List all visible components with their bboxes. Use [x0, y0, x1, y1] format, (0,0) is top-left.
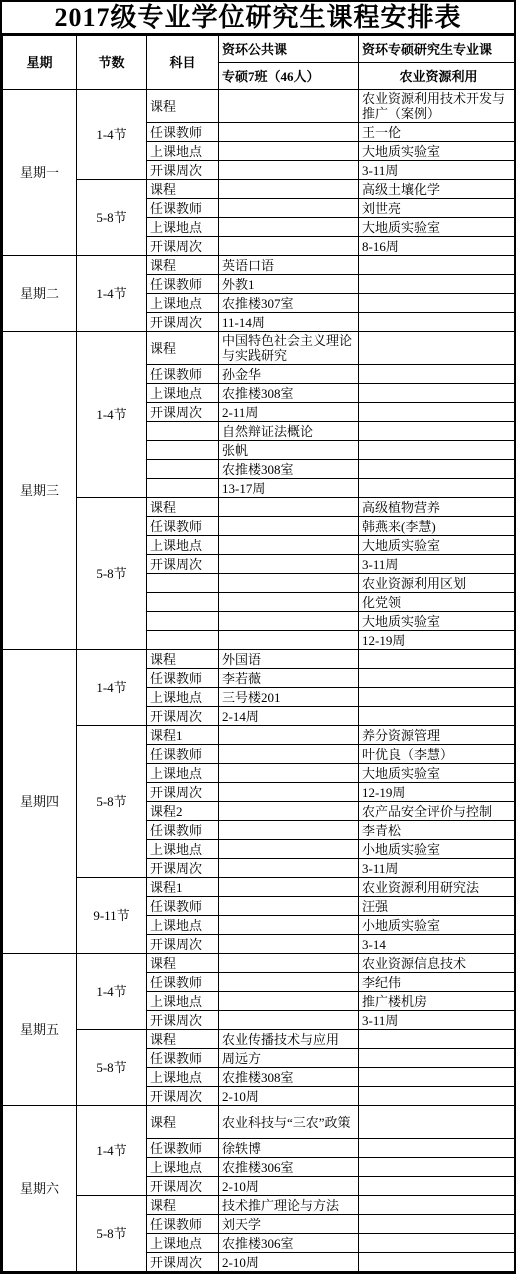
major-course-cell — [359, 1106, 516, 1139]
public-course-cell — [219, 821, 359, 840]
major-course-cell — [359, 1215, 516, 1234]
subject-label-cell: 开课周次 — [147, 555, 219, 574]
public-course-cell — [219, 1011, 359, 1030]
public-course-cell — [219, 237, 359, 256]
subject-label-cell: 上课地点 — [147, 142, 219, 161]
major-course-cell: 推广楼机房 — [359, 992, 516, 1011]
major-course-cell: 高级植物营养 — [359, 498, 516, 517]
subject-label-cell: 任课教师 — [147, 1215, 219, 1234]
subject-label-cell: 开课周次 — [147, 403, 219, 422]
table-header: 星期 节数 科目 资环公共课 资环专硕研究生专业课 专硕7班（46人） 农业资源… — [3, 36, 516, 90]
major-course-cell — [359, 1139, 516, 1158]
subject-label-cell: 课程 — [147, 180, 219, 199]
major-course-cell — [359, 384, 516, 403]
subject-label-cell: 课程1 — [147, 726, 219, 745]
public-course-cell: 2-11周 — [219, 403, 359, 422]
public-course-cell — [219, 973, 359, 992]
subject-label-cell: 任课教师 — [147, 897, 219, 916]
major-course-cell: 小地质实验室 — [359, 840, 516, 859]
public-course-cell — [219, 783, 359, 802]
subject-label-cell: 开课周次 — [147, 1253, 219, 1272]
page-title: 2017级专业学位研究生课程安排表 — [2, 2, 514, 35]
major-course-cell: 3-11周 — [359, 859, 516, 878]
public-course-cell: 徐轶博 — [219, 1139, 359, 1158]
major-course-cell — [359, 256, 516, 275]
table-row: 5-8节课程高级植物营养 — [3, 498, 516, 517]
major-course-cell: 12-19周 — [359, 783, 516, 802]
major-course-cell — [359, 688, 516, 707]
major-course-cell — [359, 1177, 516, 1196]
subject-label-cell — [147, 574, 219, 593]
table-row: 星期一1-4节课程农业资源利用技术开发与推广（案例） — [3, 90, 516, 123]
major-course-cell: 养分资源管理 — [359, 726, 516, 745]
public-course-cell: 11-14周 — [219, 313, 359, 332]
subject-label-cell: 课程 — [147, 650, 219, 669]
subject-label-cell: 任课教师 — [147, 745, 219, 764]
period-cell: 1-4节 — [77, 954, 147, 1030]
subject-label-cell: 上课地点 — [147, 992, 219, 1011]
subject-label-cell: 上课地点 — [147, 218, 219, 237]
public-course-cell: 技术推广理论与方法 — [219, 1196, 359, 1215]
public-course-cell — [219, 954, 359, 973]
major-course-cell — [359, 1234, 516, 1253]
subject-label-cell: 开课周次 — [147, 313, 219, 332]
major-course-cell — [359, 669, 516, 688]
header-public-class: 专硕7班（46人） — [219, 63, 359, 90]
major-course-cell: 化党领 — [359, 593, 516, 612]
subject-label-cell: 上课地点 — [147, 1068, 219, 1087]
public-course-cell — [219, 180, 359, 199]
subject-label-cell: 上课地点 — [147, 294, 219, 313]
period-cell: 5-8节 — [77, 1030, 147, 1106]
subject-label-cell — [147, 612, 219, 631]
major-course-cell — [359, 403, 516, 422]
public-course-cell — [219, 897, 359, 916]
subject-label-cell: 开课周次 — [147, 783, 219, 802]
major-course-cell: 大地质实验室 — [359, 764, 516, 783]
subject-label-cell: 上课地点 — [147, 1234, 219, 1253]
public-course-cell: 孙金华 — [219, 365, 359, 384]
major-course-cell: 12-19周 — [359, 631, 516, 650]
day-cell: 星期四 — [3, 650, 77, 954]
major-course-cell: 3-14 — [359, 935, 516, 954]
public-course-cell: 农业传播技术与应用 — [219, 1030, 359, 1049]
public-course-cell: 周远方 — [219, 1049, 359, 1068]
major-course-cell: 大地质实验室 — [359, 612, 516, 631]
table-row: 5-8节课程农业传播技术与应用 — [3, 1030, 516, 1049]
header-day: 星期 — [3, 36, 77, 90]
major-course-cell — [359, 1049, 516, 1068]
table-row: 5-8节课程技术推广理论与方法 — [3, 1196, 516, 1215]
major-course-cell: 8-16周 — [359, 237, 516, 256]
table-row: 星期四1-4节课程外国语 — [3, 650, 516, 669]
subject-label-cell — [147, 422, 219, 441]
major-course-cell — [359, 1196, 516, 1215]
day-cell: 星期一 — [3, 90, 77, 256]
public-course-cell: 外国语 — [219, 650, 359, 669]
public-course-cell — [219, 142, 359, 161]
public-course-cell: 农推楼308室 — [219, 1068, 359, 1087]
major-course-cell — [359, 707, 516, 726]
period-cell: 5-8节 — [77, 726, 147, 878]
public-course-cell: 农推楼308室 — [219, 384, 359, 403]
major-course-cell: 李青松 — [359, 821, 516, 840]
major-course-cell — [359, 1087, 516, 1106]
table-row: 星期三1-4节课程中国特色社会主义理论与实践研究 — [3, 332, 516, 365]
major-course-cell — [359, 1253, 516, 1272]
subject-label-cell: 上课地点 — [147, 384, 219, 403]
subject-label-cell: 上课地点 — [147, 1158, 219, 1177]
period-cell: 1-4节 — [77, 90, 147, 180]
public-course-cell — [219, 218, 359, 237]
subject-label-cell: 任课教师 — [147, 1139, 219, 1158]
major-course-cell — [359, 332, 516, 365]
major-course-cell: 3-11周 — [359, 161, 516, 180]
major-course-cell: 大地质实验室 — [359, 218, 516, 237]
major-course-cell — [359, 313, 516, 332]
public-course-cell: 刘天学 — [219, 1215, 359, 1234]
major-course-cell: 3-11周 — [359, 555, 516, 574]
public-course-cell: 农推楼306室 — [219, 1158, 359, 1177]
major-course-cell: 农业资源信息技术 — [359, 954, 516, 973]
subject-label-cell — [147, 631, 219, 650]
subject-label-cell: 课程 — [147, 90, 219, 123]
header-public-course: 资环公共课 — [219, 36, 359, 63]
day-cell: 星期二 — [3, 256, 77, 332]
major-course-cell: 大地质实验室 — [359, 536, 516, 555]
major-course-cell: 王一伦 — [359, 123, 516, 142]
subject-label-cell: 开课周次 — [147, 237, 219, 256]
public-course-cell — [219, 555, 359, 574]
major-course-cell: 农业资源利用研究法 — [359, 878, 516, 897]
period-cell: 5-8节 — [77, 498, 147, 650]
major-course-cell — [359, 1068, 516, 1087]
public-course-cell: 2-14周 — [219, 707, 359, 726]
table-row: 5-8节课程1养分资源管理 — [3, 726, 516, 745]
subject-label-cell: 任课教师 — [147, 821, 219, 840]
major-course-cell: 大地质实验室 — [359, 142, 516, 161]
public-course-cell: 农推楼307室 — [219, 294, 359, 313]
public-course-cell — [219, 935, 359, 954]
subject-label-cell: 上课地点 — [147, 536, 219, 555]
table-row: 星期二1-4节课程英语口语 — [3, 256, 516, 275]
subject-label-cell: 课程 — [147, 498, 219, 517]
subject-label-cell — [147, 460, 219, 479]
major-course-cell — [359, 1158, 516, 1177]
period-cell: 9-11节 — [77, 878, 147, 954]
public-course-cell — [219, 517, 359, 536]
public-course-cell — [219, 536, 359, 555]
day-cell: 星期三 — [3, 332, 77, 650]
subject-label-cell: 课程 — [147, 1106, 219, 1139]
schedule-sheet: 2017级专业学位研究生课程安排表 星期 节数 科目 资环公共课 资环专硕研究生… — [0, 0, 516, 1274]
public-course-cell — [219, 612, 359, 631]
subject-label-cell: 课程 — [147, 954, 219, 973]
subject-label-cell: 上课地点 — [147, 688, 219, 707]
major-course-cell: 高级土壤化学 — [359, 180, 516, 199]
header-major-field: 农业资源利用 — [359, 63, 516, 90]
public-course-cell — [219, 764, 359, 783]
public-course-cell: 张帆 — [219, 441, 359, 460]
public-course-cell — [219, 916, 359, 935]
public-course-cell — [219, 123, 359, 142]
major-course-cell — [359, 422, 516, 441]
subject-label-cell: 上课地点 — [147, 916, 219, 935]
public-course-cell: 2-10周 — [219, 1087, 359, 1106]
public-course-cell — [219, 859, 359, 878]
period-cell: 5-8节 — [77, 180, 147, 256]
public-course-cell — [219, 199, 359, 218]
period-cell: 1-4节 — [77, 256, 147, 332]
schedule-table: 星期 节数 科目 资环公共课 资环专硕研究生专业课 专硕7班（46人） 农业资源… — [2, 35, 516, 1272]
public-course-cell — [219, 161, 359, 180]
subject-label-cell: 课程 — [147, 1030, 219, 1049]
public-course-cell: 农业科技与“三农”政策 — [219, 1106, 359, 1139]
subject-label-cell: 上课地点 — [147, 764, 219, 783]
public-course-cell — [219, 498, 359, 517]
subject-label-cell: 开课周次 — [147, 1011, 219, 1030]
major-course-cell: 汪强 — [359, 897, 516, 916]
major-course-cell — [359, 365, 516, 384]
subject-label-cell: 课程 — [147, 332, 219, 365]
subject-label-cell: 任课教师 — [147, 275, 219, 294]
major-course-cell: 农产品安全评价与控制 — [359, 802, 516, 821]
public-course-cell: 三号楼201 — [219, 688, 359, 707]
major-course-cell: 刘世亮 — [359, 199, 516, 218]
subject-label-cell: 开课周次 — [147, 1087, 219, 1106]
major-course-cell: 李纪伟 — [359, 973, 516, 992]
major-course-cell — [359, 294, 516, 313]
subject-label-cell — [147, 441, 219, 460]
subject-label-cell: 开课周次 — [147, 161, 219, 180]
subject-label-cell: 课程 — [147, 1196, 219, 1215]
major-course-cell: 韩燕来(李慧) — [359, 517, 516, 536]
subject-label-cell — [147, 479, 219, 498]
period-cell: 1-4节 — [77, 332, 147, 498]
header-subject: 科目 — [147, 36, 219, 90]
public-course-cell — [219, 878, 359, 897]
public-course-cell — [219, 802, 359, 821]
major-course-cell — [359, 441, 516, 460]
major-course-cell: 农业资源利用区划 — [359, 574, 516, 593]
subject-label-cell: 任课教师 — [147, 123, 219, 142]
table-row: 星期五1-4节课程农业资源信息技术 — [3, 954, 516, 973]
header-row-1: 星期 节数 科目 资环公共课 资环专硕研究生专业课 — [3, 36, 516, 63]
table-row: 5-8节课程高级土壤化学 — [3, 180, 516, 199]
major-course-cell — [359, 650, 516, 669]
table-row: 9-11节课程1农业资源利用研究法 — [3, 878, 516, 897]
subject-label-cell: 开课周次 — [147, 1177, 219, 1196]
public-course-cell: 13-17周 — [219, 479, 359, 498]
public-course-cell: 外教1 — [219, 275, 359, 294]
public-course-cell: 李若薇 — [219, 669, 359, 688]
public-course-cell — [219, 593, 359, 612]
period-cell: 1-4节 — [77, 650, 147, 726]
subject-label-cell: 任课教师 — [147, 973, 219, 992]
subject-label-cell: 开课周次 — [147, 707, 219, 726]
subject-label-cell: 任课教师 — [147, 199, 219, 218]
public-course-cell: 农推楼308室 — [219, 460, 359, 479]
subject-label-cell: 开课周次 — [147, 935, 219, 954]
header-major-course: 资环专硕研究生专业课 — [359, 36, 516, 63]
subject-label-cell: 任课教师 — [147, 517, 219, 536]
major-course-cell — [359, 275, 516, 294]
subject-label-cell: 开课周次 — [147, 859, 219, 878]
subject-label-cell: 任课教师 — [147, 365, 219, 384]
subject-label-cell: 课程2 — [147, 802, 219, 821]
major-course-cell: 农业资源利用技术开发与推广（案例） — [359, 90, 516, 123]
period-cell: 1-4节 — [77, 1106, 147, 1196]
public-course-cell — [219, 840, 359, 859]
subject-label-cell: 课程 — [147, 256, 219, 275]
day-cell: 星期六 — [3, 1106, 77, 1272]
public-course-cell — [219, 745, 359, 764]
major-course-cell — [359, 479, 516, 498]
table-row: 星期六1-4节课程农业科技与“三农”政策 — [3, 1106, 516, 1139]
public-course-cell — [219, 631, 359, 650]
subject-label-cell: 任课教师 — [147, 1049, 219, 1068]
subject-label-cell — [147, 593, 219, 612]
public-course-cell: 英语口语 — [219, 256, 359, 275]
public-course-cell — [219, 90, 359, 123]
period-cell: 5-8节 — [77, 1196, 147, 1272]
major-course-cell: 叶优良（李慧） — [359, 745, 516, 764]
public-course-cell: 自然辩证法概论 — [219, 422, 359, 441]
public-course-cell: 2-10周 — [219, 1177, 359, 1196]
major-course-cell — [359, 460, 516, 479]
major-course-cell: 小地质实验室 — [359, 916, 516, 935]
major-course-cell — [359, 1030, 516, 1049]
header-period: 节数 — [77, 36, 147, 90]
subject-label-cell: 上课地点 — [147, 840, 219, 859]
public-course-cell: 2-10周 — [219, 1253, 359, 1272]
schedule-body: 星期一1-4节课程农业资源利用技术开发与推广（案例）任课教师王一伦上课地点大地质… — [3, 90, 516, 1272]
subject-label-cell: 任课教师 — [147, 669, 219, 688]
public-course-cell: 中国特色社会主义理论与实践研究 — [219, 332, 359, 365]
day-cell: 星期五 — [3, 954, 77, 1106]
public-course-cell — [219, 992, 359, 1011]
subject-label-cell: 课程1 — [147, 878, 219, 897]
major-course-cell: 3-11周 — [359, 1011, 516, 1030]
public-course-cell — [219, 726, 359, 745]
public-course-cell: 农推楼306室 — [219, 1234, 359, 1253]
public-course-cell — [219, 574, 359, 593]
